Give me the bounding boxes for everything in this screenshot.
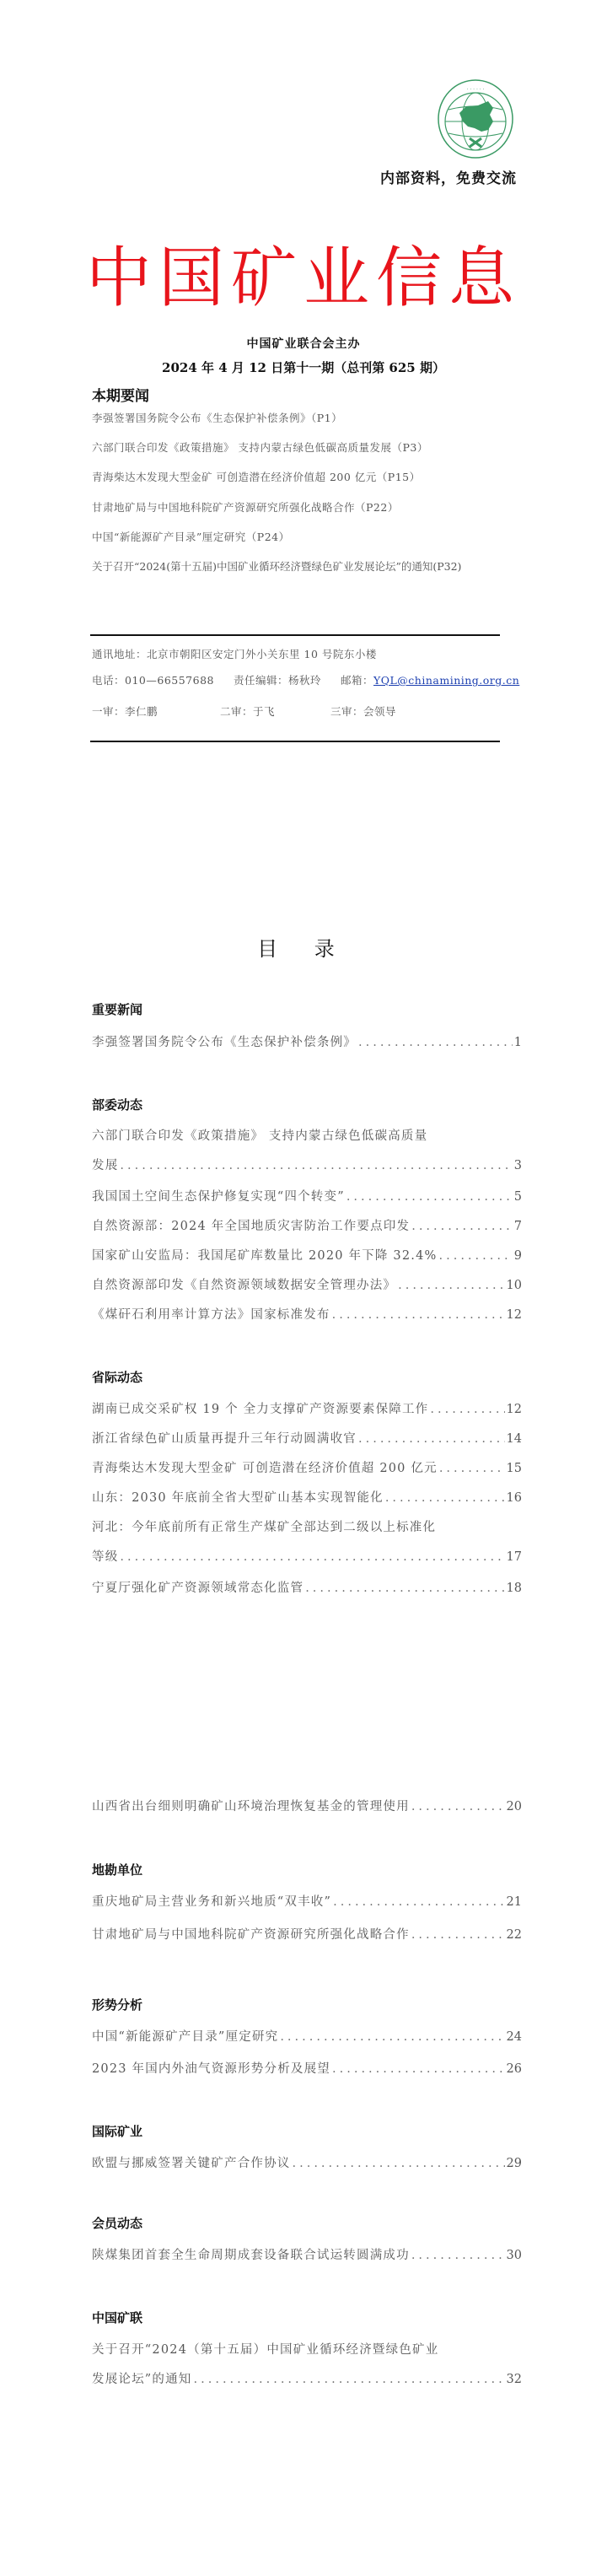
email-link[interactable]: YQL@chinamining.org.cn xyxy=(373,674,519,687)
sponsor-line: 中国矿业联合会主办 xyxy=(0,335,607,352)
reviewers-line: 一审：李仁鹏二审：于飞三审：会领导 xyxy=(92,703,396,719)
reviewer-3: 三审：会领导 xyxy=(330,703,396,719)
address-label: 通讯地址： xyxy=(92,648,147,660)
toc-entry[interactable]: 自然资源部印发《自然资源领域数据安全管理办法》10 xyxy=(92,1277,522,1294)
toc-entry[interactable]: 湖南已成交采矿权 19 个 全力支撑矿产资源要素保障工作12 xyxy=(92,1401,522,1418)
toc-entry[interactable]: 欧盟与挪威签署关键矿产合作协议29 xyxy=(92,2155,522,2172)
toc-entry[interactable]: 山西省出台细则明确矿山环境治理恢复基金的管理使用20 xyxy=(92,1798,522,1815)
issue-line: 2024 年 4 月 12 日第十一期（总刊第 625 期） xyxy=(0,358,607,376)
toc-title: 目 录 xyxy=(0,932,607,962)
highlights-list: 李强签署国务院令公布《生态保护补偿条例》（P1） 六部门联合印发《政策措施》 支… xyxy=(92,410,530,588)
toc-entry[interactable]: 我国国土空间生态保护修复实现“四个转变”5 xyxy=(92,1188,522,1205)
toc-entry[interactable]: 山东：2030 年底前全省大型矿山基本实现智能化16 xyxy=(92,1490,522,1506)
toc-entry[interactable]: 青海柴达木发现大型金矿 可创造潜在经济价值超 200 亿元15 xyxy=(92,1460,522,1477)
highlight-item[interactable]: 青海柴达木发现大型金矿 可创造潜在经济价值超 200 亿元（P15） xyxy=(92,469,530,498)
highlights-title: 本期要闻 xyxy=(92,384,149,405)
toc-entry[interactable]: 自然资源部：2024 年全国地质灾害防治工作要点印发7 xyxy=(92,1218,522,1235)
contact-line: 电话：010—66557688 责任编辑：杨秋玲 邮箱：YQL@chinamin… xyxy=(92,672,519,687)
toc-entry[interactable]: 重庆地矿局主营业务和新兴地质“双丰收”21 xyxy=(92,1894,522,1910)
phone-value: 010—66557688 xyxy=(125,674,214,687)
editor-label: 责任编辑： xyxy=(234,674,288,687)
divider xyxy=(90,634,500,636)
toc-entry[interactable]: 河北：今年底前所有正常生产煤矿全部达到二级以上标准化 等级17 xyxy=(92,1519,522,1566)
highlight-item[interactable]: 李强签署国务院令公布《生态保护补偿条例》（P1） xyxy=(92,410,530,439)
reviewer-2: 二审：于飞 xyxy=(220,703,330,719)
toc-section-heading: 形势分析 xyxy=(92,1996,142,2013)
highlight-item[interactable]: 甘肃地矿局与中国地科院矿产资源研究所强化战略合作（P22） xyxy=(92,499,530,529)
divider xyxy=(90,741,500,742)
toc-section-heading: 国际矿业 xyxy=(92,2122,142,2140)
toc-entry[interactable]: 关于召开“2024（第十五届）中国矿业循环经济暨绿色矿业 发展论坛”的通知32 xyxy=(92,2342,522,2388)
address-value: 北京市朝阳区安定门外小关东里 10 号院东小楼 xyxy=(147,648,377,660)
toc-section-heading: 部委动态 xyxy=(92,1096,142,1113)
toc-entry[interactable]: 浙江省绿色矿山质量再提升三年行动圆满收官14 xyxy=(92,1431,522,1447)
svg-text:· · · · · ·: · · · · · · xyxy=(467,87,485,93)
toc-entry[interactable]: 国家矿山安监局：我国尾矿库数量比 2020 年下降 32.4%9 xyxy=(92,1248,522,1264)
highlight-item[interactable]: 关于召开“2024(第十五届)中国矿业循环经济暨绿色矿业发展论坛”的通知(P32… xyxy=(92,558,530,588)
toc-section-heading: 会员动态 xyxy=(92,2214,142,2232)
toc-entry[interactable]: 甘肃地矿局与中国地科院矿产资源研究所强化战略合作22 xyxy=(92,1927,522,1943)
toc-section-heading: 重要新闻 xyxy=(92,1000,142,1018)
highlight-item[interactable]: 六部门联合印发《政策措施》 支持内蒙古绿色低碳高质量发展（P3） xyxy=(92,439,530,469)
internal-use-note: 内部资料，免费交流 xyxy=(380,166,517,187)
toc-section-heading: 地勘单位 xyxy=(92,1861,142,1878)
toc-entry[interactable]: 2023 年国内外油气资源形势分析及展望26 xyxy=(92,2061,522,2078)
globe-logo-icon: · · · · · · xyxy=(434,78,517,160)
toc-entry[interactable]: 六部门联合印发《政策措施》 支持内蒙古绿色低碳高质量 发展3 xyxy=(92,1128,522,1174)
toc-entry[interactable]: 陕煤集团首套全生命周期成套设备联合试运转圆满成功30 xyxy=(92,2247,522,2264)
reviewer-1: 一审：李仁鹏 xyxy=(92,703,220,719)
toc-entry[interactable]: 李强签署国务院令公布《生态保护补偿条例》1 xyxy=(92,1034,522,1051)
email-label: 邮箱： xyxy=(341,674,373,687)
masthead-title: 中国矿业信息 xyxy=(0,236,607,321)
china-mining-association-logo: · · · · · · xyxy=(434,78,517,160)
phone-label: 电话： xyxy=(92,674,125,687)
address-line: 通讯地址：北京市朝阳区安定门外小关东里 10 号院东小楼 xyxy=(92,646,377,661)
toc-entry[interactable]: 中国“新能源矿产目录”厘定研究24 xyxy=(92,2029,522,2045)
highlight-item[interactable]: 中国“新能源矿产目录”厘定研究（P24） xyxy=(92,529,530,558)
toc-entry[interactable]: 《煤矸石利用率计算方法》国家标准发布12 xyxy=(92,1307,522,1323)
toc-section-heading: 省际动态 xyxy=(92,1368,142,1386)
toc-entry[interactable]: 宁夏厅强化矿产资源领域常态化监管18 xyxy=(92,1580,522,1597)
editor-value: 杨秋玲 xyxy=(288,674,321,687)
toc-section-heading: 中国矿联 xyxy=(92,2309,142,2326)
